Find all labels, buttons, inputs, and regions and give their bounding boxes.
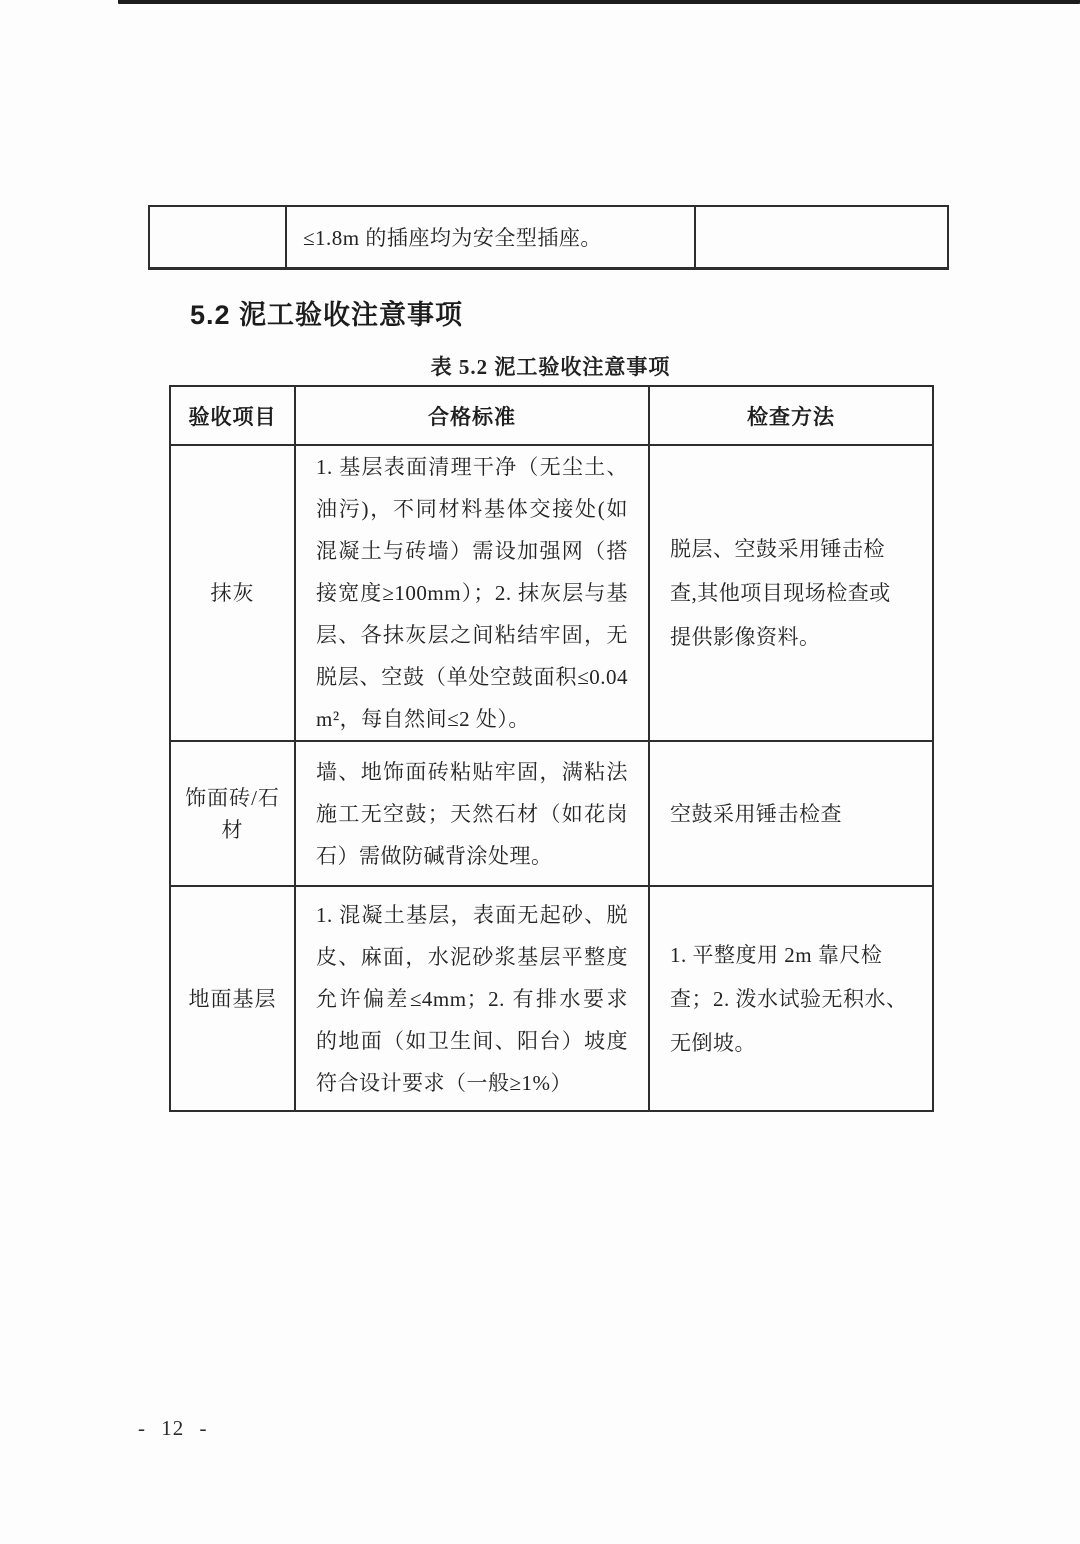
- fragment-method-cell: [696, 207, 947, 267]
- table-row: 抹灰 1. 基层表面清理干净（无尘土、油污)，不同材料基体交接处(如混凝土与砖墙…: [170, 445, 933, 741]
- standard-cell: 墙、地饰面砖粘贴牢固，满粘法施工无空鼓；天然石材（如花岗石）需做防碱背涂处理。: [295, 741, 649, 886]
- method-cell: 1. 平整度用 2m 靠尺检查；2. 泼水试验无积水、无倒坡。: [649, 886, 933, 1111]
- scan-edge-line: [118, 0, 1080, 4]
- previous-table-fragment: ≤1.8m 的插座均为安全型插座。: [148, 205, 949, 270]
- header-cell-method: 检查方法: [649, 386, 933, 445]
- acceptance-table: 验收项目 合格标准 检查方法 抹灰 1. 基层表面清理干净（无尘土、油污)，不同…: [169, 385, 934, 1112]
- table-caption: 表 5.2 泥工验收注意事项: [169, 351, 932, 381]
- item-cell: 抹灰: [170, 445, 295, 741]
- table-row: 饰面砖/石材 墙、地饰面砖粘贴牢固，满粘法施工无空鼓；天然石材（如花岗石）需做防…: [170, 741, 933, 886]
- method-cell: 脱层、空鼓采用锤击检查,其他项目现场检查或提供影像资料。: [649, 445, 933, 741]
- fragment-standard-text: ≤1.8m 的插座均为安全型插座。: [303, 222, 602, 252]
- method-cell: 空鼓采用锤击检查: [649, 741, 933, 886]
- item-cell: 饰面砖/石材: [170, 741, 295, 886]
- item-cell: 地面基层: [170, 886, 295, 1111]
- header-cell-standard: 合格标准: [295, 386, 649, 445]
- fragment-item-cell: [150, 207, 285, 267]
- table-row: 地面基层 1. 混凝土基层，表面无起砂、脱皮、麻面，水泥砂浆基层平整度允许偏差≤…: [170, 886, 933, 1111]
- table-header-row: 验收项目 合格标准 检查方法: [170, 386, 933, 445]
- standard-cell: 1. 混凝土基层，表面无起砂、脱皮、麻面，水泥砂浆基层平整度允许偏差≤4mm；2…: [295, 886, 649, 1111]
- standard-cell: 1. 基层表面清理干净（无尘土、油污)，不同材料基体交接处(如混凝土与砖墙）需设…: [295, 445, 649, 741]
- fragment-standard-cell: ≤1.8m 的插座均为安全型插座。: [285, 207, 696, 267]
- document-page: ≤1.8m 的插座均为安全型插座。 5.2 泥工验收注意事项 表 5.2 泥工验…: [0, 0, 1080, 1544]
- page-number: - 12 -: [138, 1416, 208, 1441]
- header-cell-item: 验收项目: [170, 386, 295, 445]
- section-heading: 5.2 泥工验收注意事项: [190, 298, 463, 332]
